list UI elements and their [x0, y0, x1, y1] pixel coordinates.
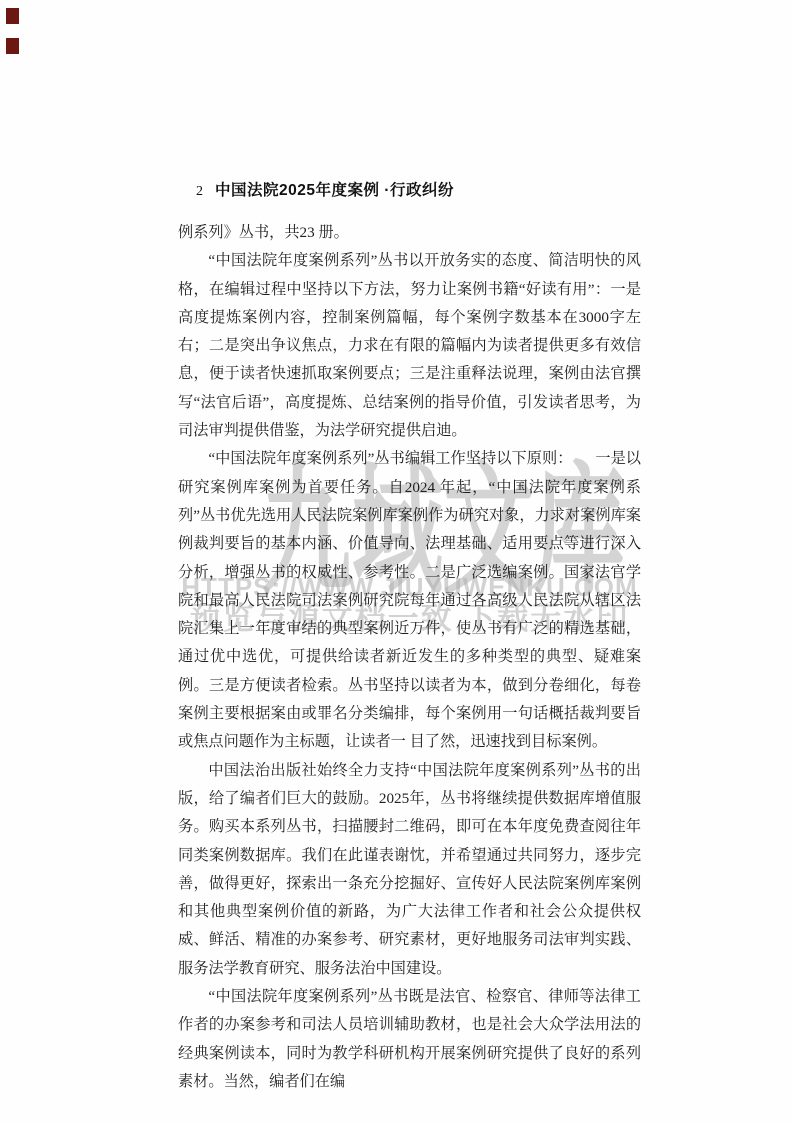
scanned-book-page: 九域文库 HTTPS://WWW.JIUYUWENKU.COM 预览与源文档一致…	[0, 0, 793, 1122]
scan-artifact-mark	[6, 38, 19, 54]
running-head: 2中国法院2025年度案例 ·行政纠纷	[196, 178, 666, 200]
book-title: 中国法院2025年度案例 ·行政纠纷	[215, 182, 454, 199]
paragraph: “中国法院年度案例系列”丛书既是法官、检察官、律师等法律工作者的办案参考和司法人…	[178, 983, 641, 1096]
page-number: 2	[196, 184, 203, 199]
paragraph: “中国法院年度案例系列”丛书编辑工作坚持以下原则： 一是以研究案例库案例为首要任…	[178, 445, 641, 756]
paragraph: 中国法治出版社始终全力支持“中国法院年度案例系列”丛书的出版，给了编者们巨大的鼓…	[178, 757, 641, 983]
scan-artifact-mark	[6, 8, 19, 24]
body-text: 例系列》丛书，共23 册。 “中国法院年度案例系列”丛书以开放务实的态度、简洁明…	[178, 219, 641, 1096]
paragraph: “中国法院年度案例系列”丛书以开放务实的态度、简洁明快的风格，在编辑过程中坚持以…	[178, 247, 641, 445]
paragraph-continuation: 例系列》丛书，共23 册。	[178, 219, 641, 247]
